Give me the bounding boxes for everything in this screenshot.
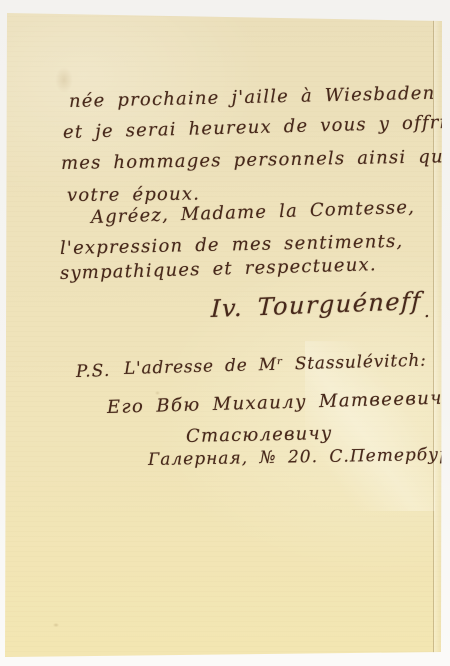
- paper-stain: [55, 67, 73, 93]
- letter-closing-line-3: sympathiques et respectueux.: [60, 255, 377, 285]
- signature: Iv. Tourguéneff: [211, 288, 423, 324]
- postscript-label: P.S.: [76, 362, 111, 383]
- letter-page: née prochaine j'aille à Wiesbaden - et j…: [5, 11, 443, 657]
- letter-body-line-2: et je serai heureux de vous y offrir: [63, 113, 450, 144]
- postscript-address-line-3: Галерная, № 20. С.Петербургъ.: [148, 445, 450, 470]
- scanned-letter-background: née prochaine j'aille à Wiesbaden - et j…: [0, 0, 450, 666]
- signature-flourish-dot: .: [424, 302, 431, 323]
- postscript-address-line-1: Его Вбю Михаилу Матвеевичу: [107, 388, 450, 418]
- page-fold-edge: [433, 11, 443, 657]
- postscript-address-line-2: Стасюлевичу: [186, 424, 333, 448]
- paper-stain: [53, 623, 59, 627]
- postscript-address-intro: L'adresse de Mʳ Stassulévitch:: [124, 352, 427, 380]
- letter-body-line-1: née prochaine j'aille à Wiesbaden -: [69, 83, 450, 112]
- paper-stain: [155, 391, 160, 395]
- letter-body-line-3: mes hommages personnels ainsi qu'à: [61, 147, 450, 175]
